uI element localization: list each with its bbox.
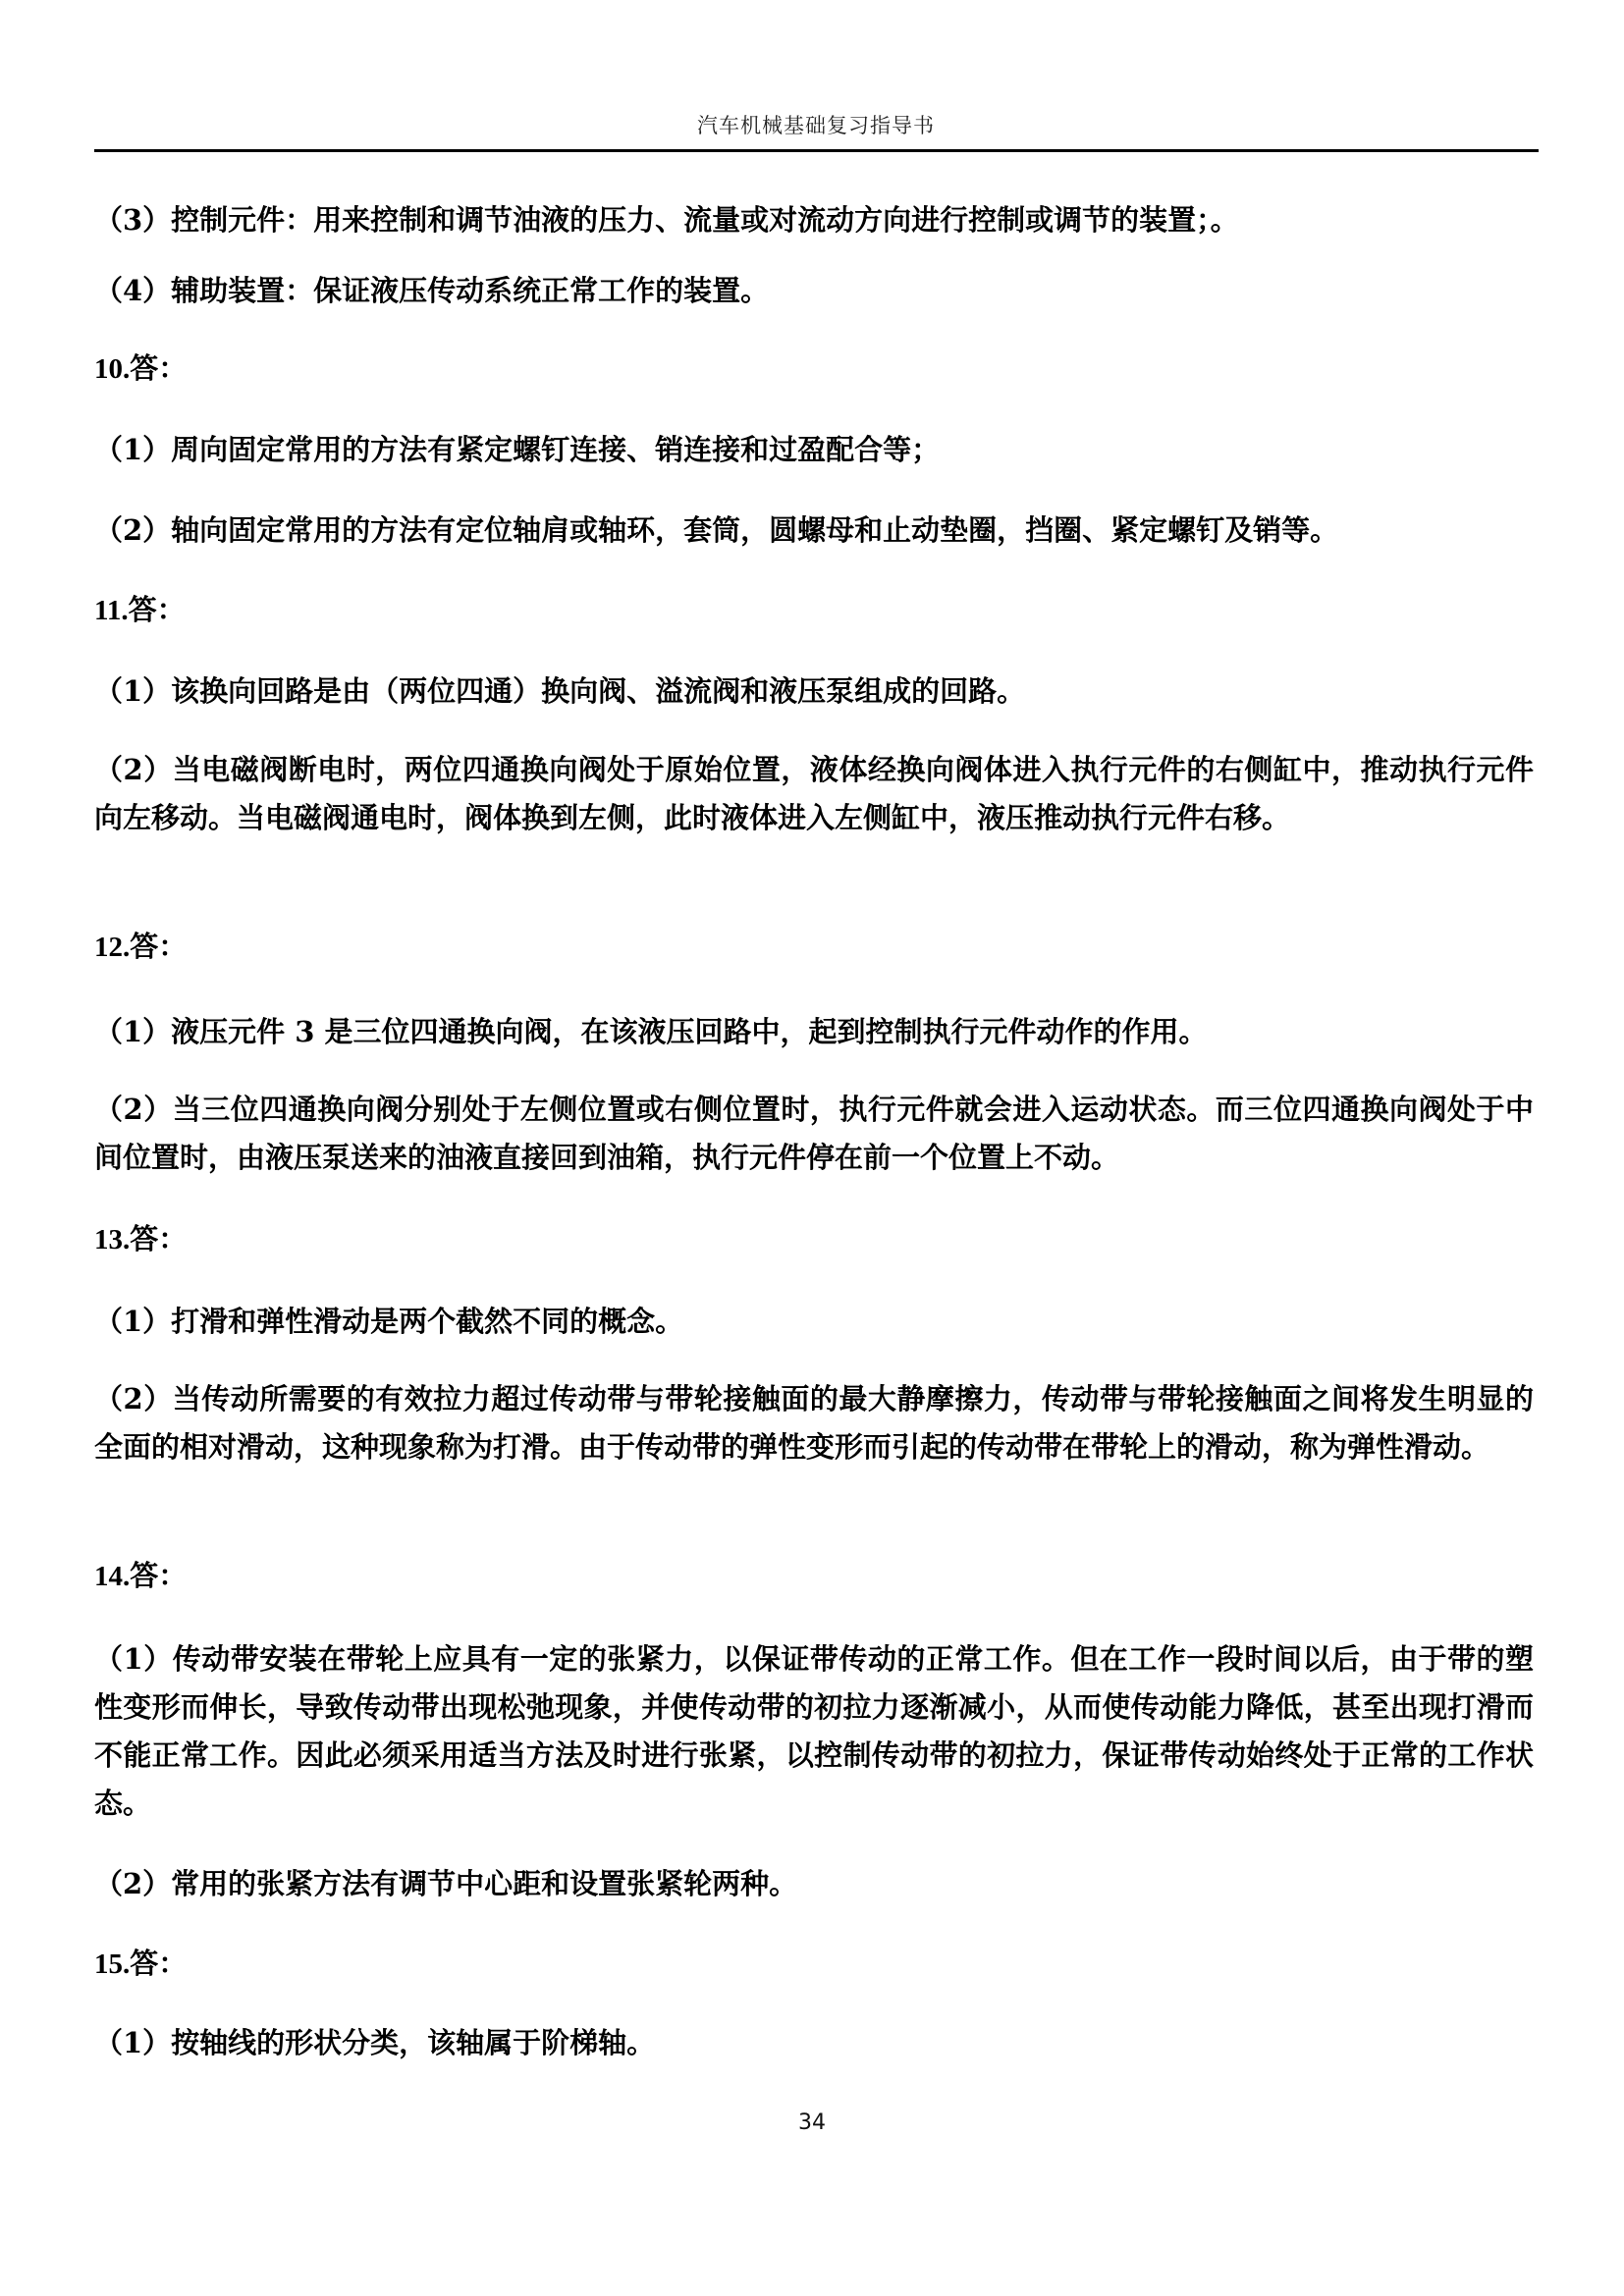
answer-paragraph: （1）打滑和弹性滑动是两个截然不同的概念。 xyxy=(94,1298,1534,1346)
answer-paragraph: （1）该换向回路是由（两位四通）换向阀、溢流阀和液压泵组成的回路。 xyxy=(94,667,1534,716)
page-number: 34 xyxy=(0,2110,1624,2135)
question-heading: 11.答： xyxy=(94,587,1534,635)
answer-paragraph: （1）液压元件 3 是三位四通换向阀，在该液压回路中，起到控制执行元件动作的作用… xyxy=(94,1008,1534,1056)
question-heading: 15.答： xyxy=(94,1941,1534,1989)
answer-paragraph: （1）按轴线的形状分类，该轴属于阶梯轴。 xyxy=(94,2019,1534,2067)
header-divider xyxy=(94,149,1539,152)
answer-paragraph: （1）传动带安装在带轮上应具有一定的张紧力，以保证带传动的正常工作。但在工作一段… xyxy=(94,1635,1534,1828)
answer-paragraph: （2）轴向固定常用的方法有定位轴肩或轴环，套筒，圆螺母和止动垫圈，挡圈、紧定螺钉… xyxy=(94,507,1534,555)
question-heading: 12.答： xyxy=(94,924,1534,972)
answer-paragraph: （2）当传动所需要的有效拉力超过传动带与带轮接触面的最大静摩擦力，传动带与带轮接… xyxy=(94,1375,1534,1471)
question-heading: 13.答： xyxy=(94,1216,1534,1264)
running-header: 汽车机械基础复习指导书 xyxy=(94,110,1538,139)
answer-paragraph: （4）辅助装置：保证液压传动系统正常工作的装置。 xyxy=(94,267,1534,315)
answer-paragraph: （2）常用的张紧方法有调节中心距和设置张紧轮两种。 xyxy=(94,1860,1534,1908)
answer-paragraph: （2）当电磁阀断电时，两位四通换向阀处于原始位置，液体经换向阀体进入执行元件的右… xyxy=(94,746,1534,842)
document-page: 汽车机械基础复习指导书 （3）控制元件：用来控制和调节油液的压力、流量或对流动方… xyxy=(0,0,1624,2296)
answer-paragraph: （2）当三位四通换向阀分别处于左侧位置或右侧位置时，执行元件就会进入运动状态。而… xyxy=(94,1086,1534,1182)
answer-paragraph: （3）控制元件：用来控制和调节油液的压力、流量或对流动方向进行控制或调节的装置；… xyxy=(94,196,1534,244)
question-heading: 14.答： xyxy=(94,1553,1534,1601)
answer-paragraph: （1）周向固定常用的方法有紧定螺钉连接、销连接和过盈配合等； xyxy=(94,426,1534,474)
question-heading: 10.答： xyxy=(94,346,1534,394)
